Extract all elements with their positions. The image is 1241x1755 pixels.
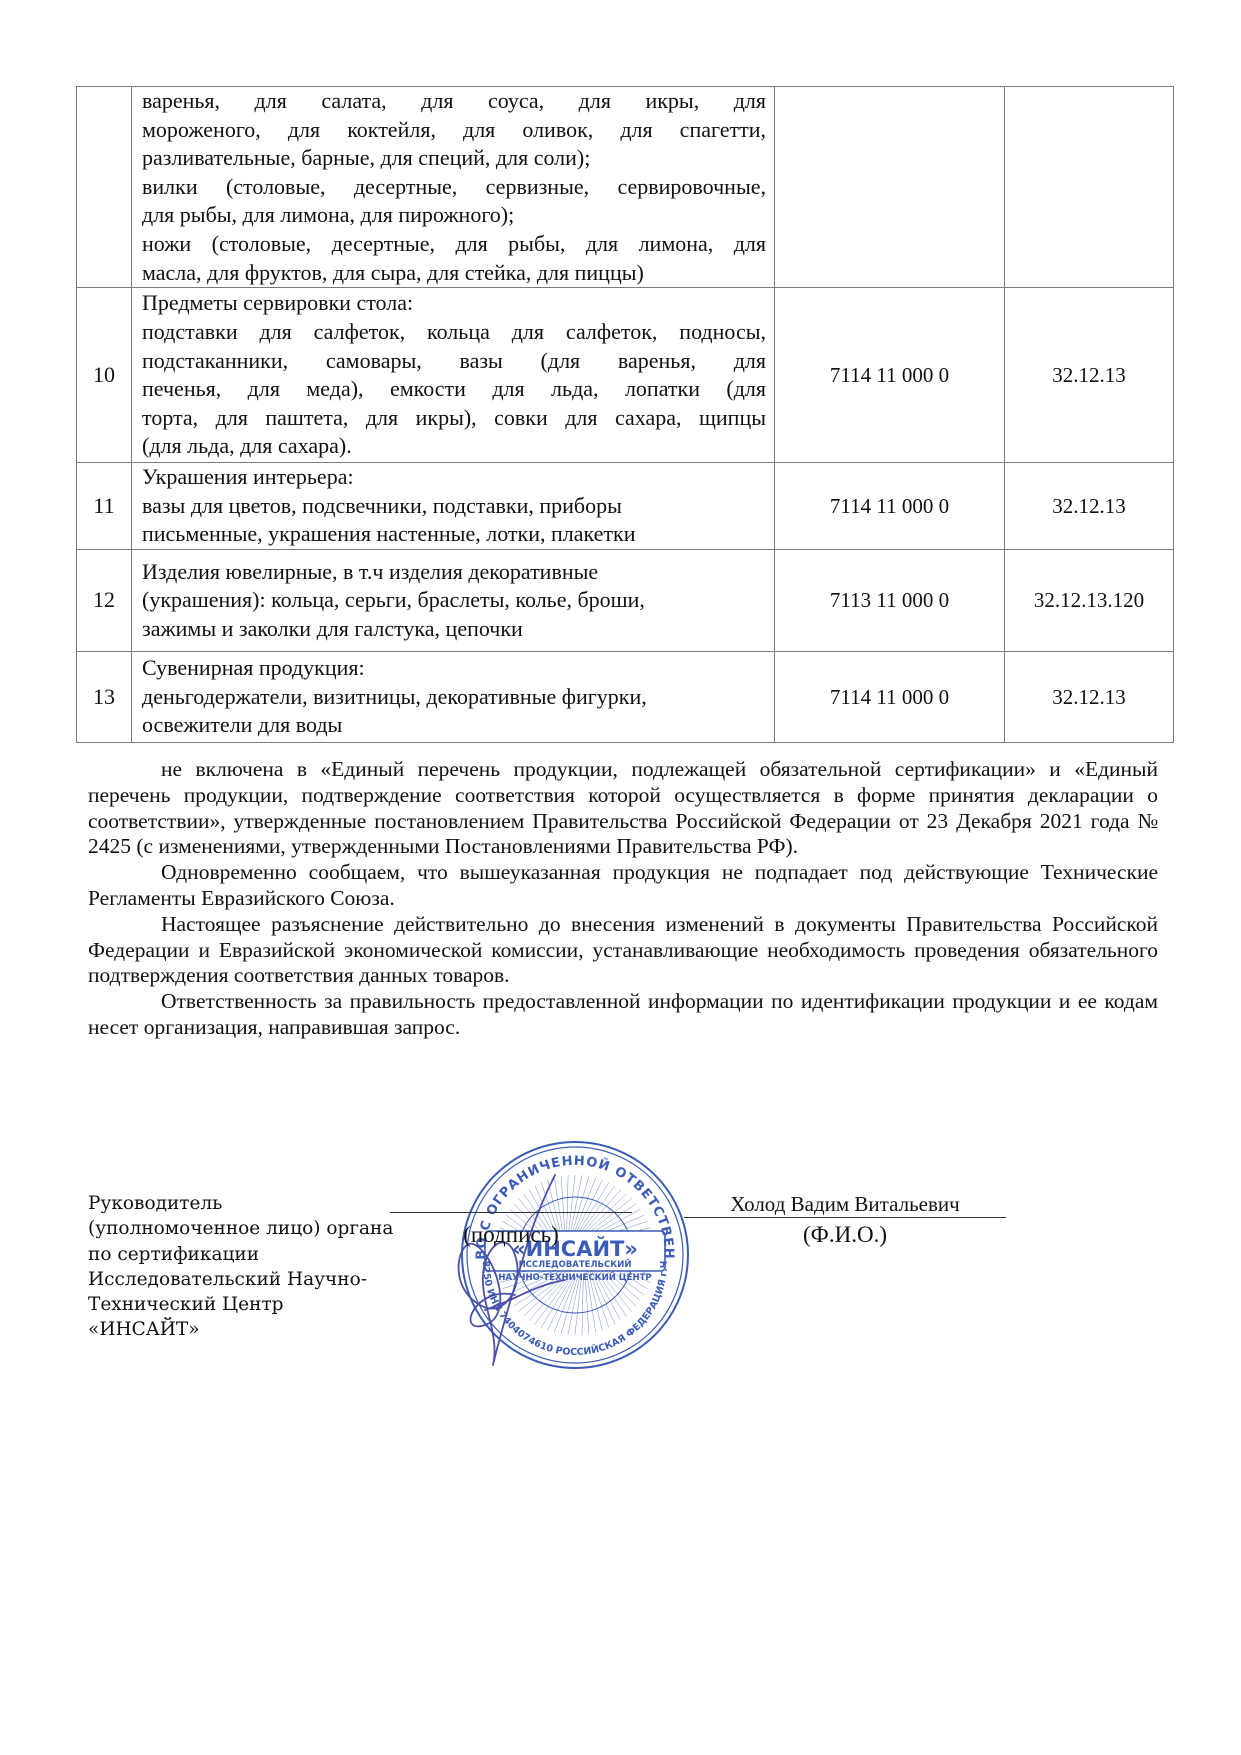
row-number bbox=[77, 87, 132, 288]
table-row: 11Украшения интерьера:вазы для цветов, п… bbox=[77, 463, 1174, 550]
body-text: не включена в «Единый перечень продукции… bbox=[88, 757, 1158, 1041]
tnved-code: 7114 11 000 0 bbox=[775, 288, 1005, 463]
okpd-code: 32.12.13.120 bbox=[1005, 549, 1174, 651]
signature-caption: (подпись) bbox=[390, 1222, 632, 1248]
okpd-code: 32.12.13 bbox=[1005, 651, 1174, 742]
table-row: 13Сувенирная продукция:деньгодержатели, … bbox=[77, 651, 1174, 742]
signer-line: по сертификации bbox=[88, 1242, 393, 1267]
description-line: подставки для салфеток, кольца для салфе… bbox=[142, 318, 766, 347]
description-line: деньгодержатели, визитницы, декоративные… bbox=[142, 683, 766, 712]
description-line: подстаканники, самовары, вазы (для варен… bbox=[142, 347, 766, 376]
paragraph-responsibility: Ответственность за правильность предоста… bbox=[88, 989, 1158, 1041]
description-line: для рыбы, для лимона, для пирожного); bbox=[142, 201, 766, 230]
description-line: печенья, для меда), емкости для льда, ло… bbox=[142, 375, 766, 404]
description-line: масла, для фруктов, для сыра, для стейка… bbox=[142, 259, 766, 288]
products-table: варенья, для салата, для соуса, для икры… bbox=[76, 86, 1174, 743]
table-row: варенья, для салата, для соуса, для икры… bbox=[77, 87, 1174, 288]
name-line bbox=[684, 1217, 1006, 1218]
description-line: мороженого, для коктейля, для оливок, дл… bbox=[142, 116, 766, 145]
product-description: Предметы сервировки стола:подставки для … bbox=[132, 288, 775, 463]
tnved-code bbox=[775, 87, 1005, 288]
product-description: Изделия ювелирные, в т.ч изделия декорат… bbox=[132, 549, 775, 651]
signer-name: Холод Вадим Витальевич bbox=[684, 1192, 1006, 1217]
okpd-code: 32.12.13 bbox=[1005, 463, 1174, 550]
signature-line bbox=[390, 1212, 632, 1213]
okpd-code: 32.12.13 bbox=[1005, 288, 1174, 463]
description-line: (украшения): кольца, серьги, браслеты, к… bbox=[142, 586, 766, 615]
description-line: (для льда, для сахара). bbox=[142, 432, 766, 461]
description-line: зажимы и заколки для галстука, цепочки bbox=[142, 615, 766, 644]
signer-line: Руководитель bbox=[88, 1191, 393, 1216]
paragraph-tech-regulations: Одновременно сообщаем, что вышеуказанная… bbox=[88, 860, 1158, 912]
description-line: варенья, для салата, для соуса, для икры… bbox=[142, 87, 766, 116]
okpd-code bbox=[1005, 87, 1174, 288]
product-description: Сувенирная продукция:деньгодержатели, ви… bbox=[132, 651, 775, 742]
description-line: разливательные, барные, для специй, для … bbox=[142, 144, 766, 173]
document-page: варенья, для салата, для соуса, для икры… bbox=[0, 0, 1241, 1755]
description-line: Украшения интерьера: bbox=[142, 463, 766, 492]
description-line: вилки (столовые, десертные, сервизные, с… bbox=[142, 173, 766, 202]
product-description: варенья, для салата, для соуса, для икры… bbox=[132, 87, 775, 288]
description-line: Изделия ювелирные, в т.ч изделия декорат… bbox=[142, 558, 766, 587]
signer-line: (уполномоченное лицо) органа bbox=[88, 1216, 393, 1241]
signer-line: «ИНСАЙТ» bbox=[88, 1317, 393, 1342]
row-number: 13 bbox=[77, 651, 132, 742]
row-number: 11 bbox=[77, 463, 132, 550]
product-description: Украшения интерьера:вазы для цветов, под… bbox=[132, 463, 775, 550]
description-line: торта, для паштета, для икры), совки для… bbox=[142, 404, 766, 433]
description-line: Предметы сервировки стола: bbox=[142, 289, 766, 318]
table-row: 10Предметы сервировки стола:подставки дл… bbox=[77, 288, 1174, 463]
name-caption: (Ф.И.О.) bbox=[684, 1222, 1006, 1248]
tnved-code: 7114 11 000 0 bbox=[775, 651, 1005, 742]
description-line: освежители для воды bbox=[142, 711, 766, 740]
row-number: 12 bbox=[77, 549, 132, 651]
svg-text:НАУЧНО-ТЕХНИЧЕСКИЙ ЦЕНТР: НАУЧНО-ТЕХНИЧЕСКИЙ ЦЕНТР bbox=[498, 1271, 651, 1283]
description-line: письменные, украшения настенные, лотки, … bbox=[142, 520, 766, 549]
paragraph-exclusion: не включена в «Единый перечень продукции… bbox=[88, 757, 1158, 860]
signer-line: Исследовательский Научно- bbox=[88, 1267, 393, 1292]
organization-stamp: ОБЩЕСТВО С ОГРАНИЧЕННОЙ ОТВЕТСТВЕННОСТЬЮ… bbox=[455, 1135, 695, 1375]
paragraph-validity: Настоящее разъяснение действительно до в… bbox=[88, 912, 1158, 989]
svg-text:ИССЛЕДОВАТЕЛЬСКИЙ: ИССЛЕДОВАТЕЛЬСКИЙ bbox=[519, 1258, 632, 1270]
description-line: вазы для цветов, подсвечники, подставки,… bbox=[142, 492, 766, 521]
description-line: Сувенирная продукция: bbox=[142, 654, 766, 683]
table-row: 12Изделия ювелирные, в т.ч изделия декор… bbox=[77, 549, 1174, 651]
row-number: 10 bbox=[77, 288, 132, 463]
signer-block: Руководитель (уполномоченное лицо) орган… bbox=[88, 1191, 393, 1343]
tnved-code: 7113 11 000 0 bbox=[775, 549, 1005, 651]
signer-line: Технический Центр bbox=[88, 1292, 393, 1317]
tnved-code: 7114 11 000 0 bbox=[775, 463, 1005, 550]
description-line: ножи (столовые, десертные, для рыбы, для… bbox=[142, 230, 766, 259]
